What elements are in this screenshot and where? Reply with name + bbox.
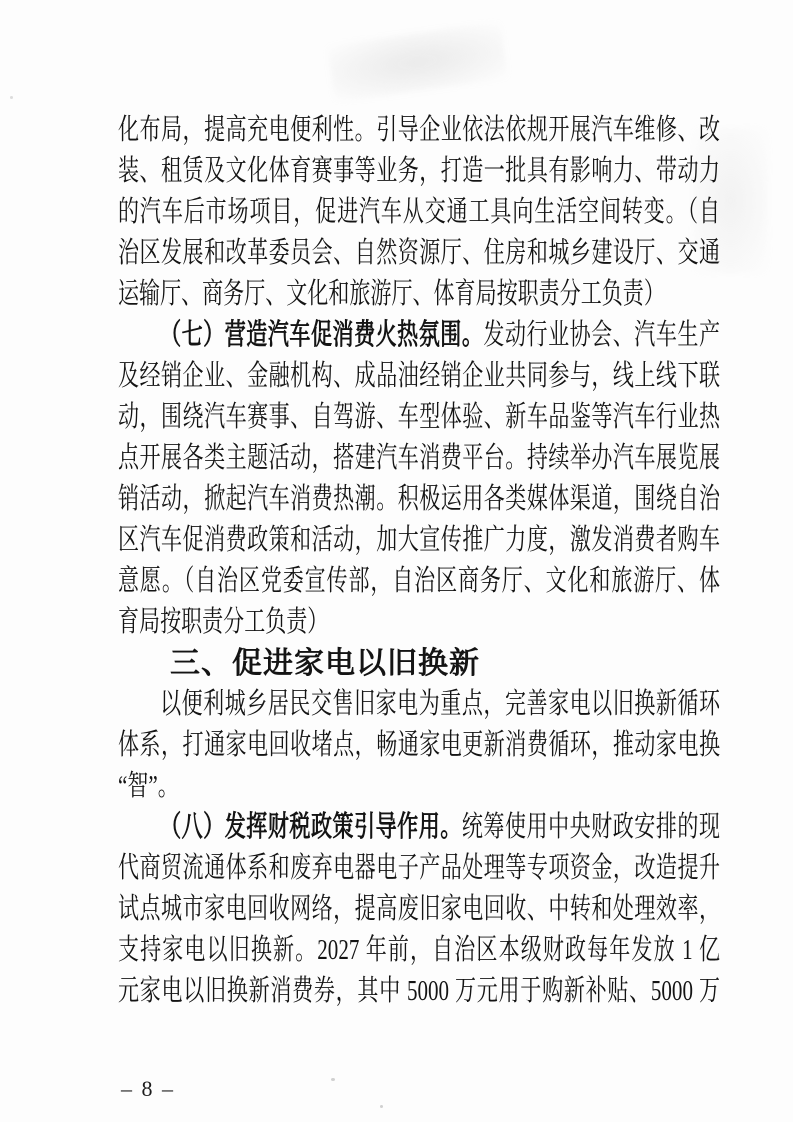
text-line: 以便利城乡居民交售旧家电为重点，完善家电以旧换新循环 <box>118 684 720 725</box>
text-line: 试点城市家电回收网络，提高废旧家电回收、中转和处理效率， <box>118 889 720 930</box>
document-body: 化布局，提高充电便利性。引导企业依法依规开展汽车维修、改 装、租赁及文化体育赛事… <box>118 110 720 1012</box>
text-line: 育局按职责分工负责） <box>118 602 720 643</box>
scan-speck <box>10 96 13 99</box>
document-page: 化布局，提高充电便利性。引导企业依法依规开展汽车维修、改 装、租赁及文化体育赛事… <box>0 0 793 1122</box>
text-line: 化布局，提高充电便利性。引导企业依法依规开展汽车维修、改 <box>118 110 720 151</box>
text-line: 及经销企业、金融机构、成品油经销企业共同参与，线上线下联 <box>118 356 720 397</box>
text-line: 销活动，掀起汽车消费热潮。积极运用各类媒体渠道，围绕自治 <box>118 479 720 520</box>
scan-speck <box>331 1078 335 1081</box>
text-line: 体系，打通家电回收堵点，畅通家电更新消费循环，推动家电换 <box>118 725 720 766</box>
regular-run: 发动行业协会、汽车生产 <box>483 319 720 351</box>
text-line: 装、租赁及文化体育赛事等业务，打造一批具有影响力、带动力 <box>118 151 720 192</box>
text-line: 意愿。（自治区党委宣传部，自治区商务厅、文化和旅游厅、体 <box>118 561 720 602</box>
text-line: 代商贸流通体系和废弃电器电子产品处理等专项资金，改造提升 <box>118 848 720 889</box>
paragraph-8-first-line: （八）发挥财税政策引导作用。统筹使用中央财政安排的现 <box>118 807 720 848</box>
text-line: 元家电以旧换新消费券，其中 5000 万元用于购新补贴、5000 万 <box>118 971 720 1012</box>
paragraph-7-first-line: （七）营造汽车促消费火热氛围。发动行业协会、汽车生产 <box>118 315 720 356</box>
text-line: 动，围绕汽车赛事、自驾游、车型体验、新车品鉴等汽车行业热 <box>118 397 720 438</box>
run-in-heading-bold: （七）营造汽车促消费火热氛围。 <box>160 319 483 351</box>
scan-speck <box>380 1105 383 1108</box>
text-line: 的汽车后市场项目，促进汽车从交通工具向生活空间转变。（自 <box>118 192 720 233</box>
text-line: 治区发展和改革委员会、自然资源厅、住房和城乡建设厅、交通 <box>118 233 720 274</box>
regular-run: 统筹使用中央财政安排的现 <box>462 811 720 843</box>
text-line: 区汽车促消费政策和活动，加大宣传推广力度，激发消费者购车 <box>118 520 720 561</box>
run-in-heading-bold: （八）发挥财税政策引导作用。 <box>160 811 462 843</box>
scan-smudge-top <box>327 21 508 103</box>
text-line: 运输厅、商务厅、文化和旅游厅、体育局按职责分工负责） <box>118 274 720 315</box>
text-line: “智”。 <box>118 766 720 807</box>
text-line: 支持家电以旧换新。2027 年前，自治区本级财政每年发放 1 亿 <box>118 930 720 971</box>
text-line: 点开展各类主题活动，搭建汽车消费平台。持续举办汽车展览展 <box>118 438 720 479</box>
page-number: – 8 – <box>121 1076 175 1102</box>
section-heading: 三、促进家电以旧换新 <box>118 643 720 684</box>
